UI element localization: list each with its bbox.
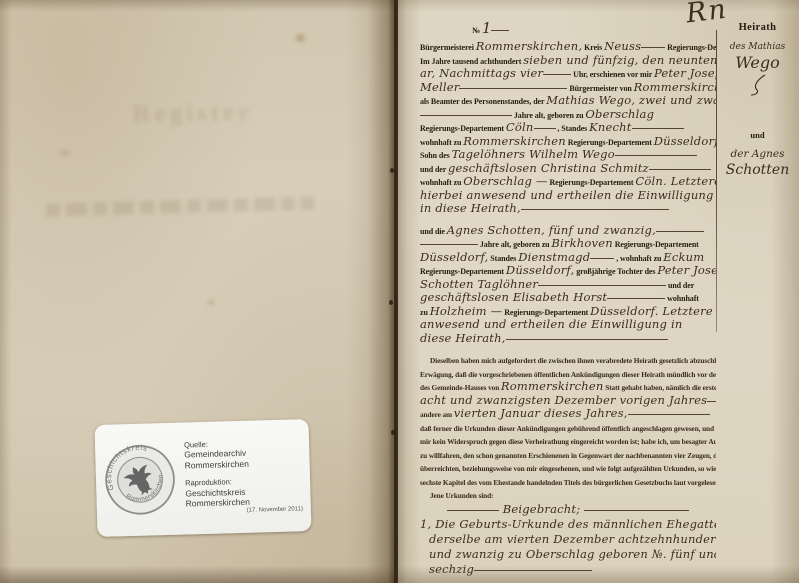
gutter-shadow: [368, 0, 420, 583]
flourish-icon: [743, 74, 773, 96]
paper-stain: [60, 150, 70, 156]
rule-line: [607, 296, 665, 299]
handwritten-text: in diese Heirath,: [420, 201, 521, 215]
printed-text: des Gemeinde-Hauses von: [420, 383, 501, 392]
handwritten-text: anwesend und ertheilen die Einwilligung …: [420, 317, 682, 331]
handwritten-text: Eckum: [663, 250, 704, 264]
rule-line: [538, 283, 666, 286]
book-scan: Register Geschichtskreis Rommerskirchen: [0, 0, 799, 583]
printed-text: Regierungs-Departement: [502, 308, 590, 317]
printed-text: Bürgermeister von: [567, 84, 633, 93]
handwritten-text: sechzig: [429, 562, 474, 576]
rule-line: [491, 28, 509, 31]
form-line: des Gemeinde-Hauses von Rommerskirchen S…: [420, 379, 716, 393]
printed-text: Regierungs-Departement: [420, 267, 506, 276]
printed-text: Regierungs-Departement Düsseldorf.: [665, 43, 716, 52]
handwritten-text: Düsseldorf,: [654, 134, 716, 148]
handwritten-text: Düsseldorf,: [506, 263, 574, 277]
margin-groom-line1: des Mathias: [719, 42, 796, 52]
form-line: Beigebracht;: [420, 501, 716, 516]
paper-stain: [208, 300, 214, 305]
printed-text: mir kein Widerspruch gegen diese Verheir…: [420, 437, 716, 446]
printed-text: Jene Urkunden sind:: [430, 491, 493, 500]
form-line: mir kein Widerspruch gegen diese Verheir…: [420, 433, 716, 447]
printed-text: Uhr, erschienen vor mir: [571, 70, 654, 79]
rule-line: [656, 229, 704, 232]
margin-connector: und: [719, 130, 796, 140]
printed-text: wohnhaft zu: [420, 178, 463, 187]
printed-text: und die: [420, 227, 447, 236]
printed-text: wohnhaft zu: [420, 138, 463, 147]
form-line: derselbe am vierten Dezember achtzehnhun…: [420, 531, 716, 546]
handwritten-text: Rommerskirchen: [463, 134, 566, 148]
archive-stamp-icon: Geschichtskreis Rommerskirchen: [91, 431, 189, 529]
form-line: wohnhaft zu Rommerskirchen Regierungs-De…: [420, 134, 716, 148]
printed-text: zu willfahren, den schon genannten Ersch…: [420, 451, 716, 460]
form-line: Regierungs-Departement Cöln , Standes Kn…: [420, 120, 716, 134]
printed-text: als Beamter des Personenstandes, der: [420, 97, 546, 106]
printed-text: Standes: [488, 254, 518, 263]
handwritten-text: Cöln. Letztere sind: [635, 174, 716, 188]
margin-heading: Heirath: [719, 22, 796, 33]
form-line: Bürgermeisterei Rommerskirchen, Kreis Ne…: [420, 39, 716, 53]
rule-line: [459, 86, 567, 89]
rule-line: [632, 126, 684, 129]
handwritten-text: ar, Nachmittags vier: [420, 66, 543, 80]
form-line: Im Jahre tausend achthundert sieben und …: [420, 53, 716, 67]
rule-line: [534, 126, 556, 129]
form-line: andere am vierten Januar dieses Jahres,: [420, 406, 716, 420]
form-line: Schotten Taglöhner und der: [420, 277, 716, 291]
printed-text: Sohn des: [420, 151, 452, 160]
rule-line: [447, 508, 499, 511]
handwritten-text: Peter Joseph: [654, 66, 716, 80]
form-line: anwesend und ertheilen die Einwilligung …: [420, 317, 716, 331]
handwritten-text: Neuss: [604, 39, 641, 53]
handwritten-text: Dienstmagd: [518, 250, 590, 264]
handwritten-text: geschäftslosen Elisabeth Horst: [420, 290, 607, 304]
form-line: hierbei anwesend und ertheilen die Einwi…: [420, 188, 716, 202]
printed-text: Regierungs-Departement: [548, 178, 636, 187]
form-line: Regierungs-Departement Düsseldorf, großj…: [420, 263, 716, 277]
handwritten-text: Mathias Wego, zwei und zwanzig,: [546, 93, 716, 107]
form-line: Dieselben haben mich aufgefordert die zw…: [420, 352, 716, 366]
printed-text: Regierungs-Departement: [420, 124, 506, 133]
binding-hole: [389, 300, 393, 305]
printed-text: Jahre alt, geboren zu: [478, 240, 551, 249]
handwritten-text: Peter Joseph,: [657, 263, 716, 277]
handwritten-text: Rommerskirchen: [501, 379, 604, 393]
handwritten-text: vierten Januar dieses Jahres,: [454, 406, 628, 420]
form-line: sechzig: [420, 561, 716, 576]
rule-line: [474, 568, 592, 571]
form-line: geschäftslosen Elisabeth Horst wohnhaft: [420, 290, 716, 304]
form-line: und die Agnes Schotten, fünf und zwanzig…: [420, 223, 716, 237]
handwritten-text: Rommerskirchen,: [476, 39, 582, 53]
handwritten-text: sieben und fünfzig, den neunten Janu-: [523, 53, 716, 67]
printed-text: Bürgermeisterei: [420, 43, 476, 52]
margin-column: Heirath des Mathias Wego und der Agnes S…: [719, 22, 796, 178]
rule-line: [543, 72, 571, 75]
handwritten-text: 1, Die Geburts-Urkunde des männlichen Eh…: [420, 517, 716, 531]
handwritten-text: acht und zwanzigsten Dezember vorigen Ja…: [420, 393, 707, 407]
form-line: Jene Urkunden sind:: [420, 487, 716, 501]
handwritten-text: Schotten Taglöhner: [420, 277, 538, 291]
rule-line: [521, 207, 669, 210]
printed-text: , wohnhaft zu: [614, 254, 663, 263]
handwritten-text: Düsseldorf,: [420, 250, 488, 264]
handwritten-text: Holzheim —: [430, 304, 503, 318]
handwritten-text: Oberschlag: [585, 107, 654, 121]
form-line: sechste Kapitel des vom Ehestande handel…: [420, 474, 716, 488]
margin-groom-name: Wego: [719, 53, 796, 72]
rule-line: [641, 45, 665, 48]
form-line: in diese Heirath,: [420, 201, 716, 215]
printed-text: Kreis: [582, 43, 604, 52]
form-line: wohnhaft zu Oberschlag — Regierungs-Depa…: [420, 174, 716, 188]
handwritten-text: derselbe am vierten Dezember achtzehnhun…: [429, 532, 716, 546]
printed-text: Regierungs-Departement: [566, 138, 654, 147]
printed-text: zu: [420, 308, 430, 317]
form-line: zu Holzheim — Regierungs-Departement Düs…: [420, 304, 716, 318]
archive-label: Geschichtskreis Rommerskirchen Quelle: G…: [94, 419, 311, 537]
printed-text: Erwägung, daß die vorgeschriebenen öffen…: [420, 370, 716, 379]
printed-text: und der: [666, 281, 694, 290]
rule-line: [707, 399, 716, 402]
printed-text: daß ferner die Urkunden dieser Ankündigu…: [420, 424, 716, 433]
rule-line: [649, 167, 711, 170]
printed-text: großjährige Tochter des: [574, 267, 657, 276]
form-line: 1, Die Geburts-Urkunde des männlichen Eh…: [420, 516, 716, 531]
margin-divider-rule: [716, 30, 717, 332]
printed-text: , Standes: [556, 124, 590, 133]
rule-line: [506, 337, 668, 340]
label-quelle-value: Gemeindearchiv Rommerskirchen: [184, 446, 302, 471]
printed-text: sechste Kapitel des vom Ehestande handel…: [420, 478, 716, 487]
form-line: acht und zwanzigsten Dezember vorigen Ja…: [420, 393, 716, 407]
handwritten-text: Tagelöhners Wilhelm Wego: [452, 147, 615, 161]
handwritten-text: und zwanzig zu Oberschlag geboren №. fün…: [429, 547, 716, 561]
handwritten-text: hierbei anwesend und ertheilen die Einwi…: [420, 188, 714, 202]
form-line: Erwägung, daß die vorgeschriebenen öffen…: [420, 366, 716, 380]
form-line: zu willfahren, den schon genannten Ersch…: [420, 447, 716, 461]
binding-hole: [390, 168, 394, 173]
handwritten-text: Birkhoven: [551, 236, 612, 250]
form-line: als Beamter des Personenstandes, der Mat…: [420, 93, 716, 107]
printed-text: Dieselben haben mich aufgefordert die zw…: [430, 356, 716, 365]
form-line: Meller Bürgermeister von Rommerskirchen: [420, 80, 716, 94]
form-line: ar, Nachmittags vier Uhr, erschienen vor…: [420, 66, 716, 80]
left-page: Register Geschichtskreis Rommerskirchen: [0, 0, 394, 583]
handwritten-text: Meller: [420, 80, 459, 94]
form-line: diese Heirath,: [420, 331, 716, 345]
rule-line: [584, 508, 689, 511]
form-lines: № 1Bürgermeisterei Rommerskirchen, Kreis…: [420, 20, 716, 576]
handwritten-text: Rommerskirchen: [634, 80, 716, 94]
rule-line: [420, 242, 478, 245]
printed-text: Jahre alt, geboren zu: [512, 111, 585, 120]
form-line: Jahre alt, geboren zu Oberschlag: [420, 107, 716, 121]
printed-text: andere am: [420, 410, 454, 419]
bleedthrough-smudge: [46, 196, 314, 216]
form-line: Sohn des Tagelöhners Wilhelm Wego: [420, 147, 716, 161]
paper-stain: [296, 34, 305, 42]
printed-text: wohnhaft: [665, 294, 699, 303]
margin-bride-name: Schotten: [719, 162, 796, 178]
margin-bride-line1: der Agnes: [719, 148, 796, 160]
handwritten-text: Agnes Schotten, fünf und zwanzig,: [447, 223, 656, 237]
handwritten-text: Beigebracht;: [499, 502, 584, 516]
printed-text: №: [472, 26, 482, 35]
form-line: und zwanzig zu Oberschlag geboren №. fün…: [420, 546, 716, 561]
bleedthrough-text: Register: [78, 98, 308, 130]
printed-text: Statt gehabt haben, nämlich die erste am: [604, 383, 716, 392]
form-line: Jahre alt, geboren zu Birkhoven Regierun…: [420, 236, 716, 250]
rule-line: [420, 113, 512, 116]
printed-text: überreichten, beziehungsweise von mir ei…: [420, 464, 716, 473]
form-line: und der geschäftslosen Christina Schmitz: [420, 161, 716, 175]
form-line: Düsseldorf, Standes Dienstmagd , wohnhaf…: [420, 250, 716, 264]
right-page: Rn Heirath des Mathias Wego und der Agne…: [398, 0, 799, 583]
handwritten-text: diese Heirath,: [420, 331, 506, 345]
form-line: № 1: [420, 20, 716, 37]
rule-line: [615, 153, 697, 156]
printed-text: Regierungs-Departement: [613, 240, 699, 249]
form-line: daß ferner die Urkunden dieser Ankündigu…: [420, 420, 716, 434]
handwritten-text: Oberschlag —: [463, 174, 547, 188]
handwritten-text: Cöln: [506, 120, 534, 134]
printed-text: Im Jahre tausend achthundert: [420, 57, 523, 66]
rule-line: [590, 256, 614, 259]
form-line: überreichten, beziehungsweise von mir ei…: [420, 460, 716, 474]
rule-line: [628, 412, 710, 415]
handwritten-text: geschäftslosen Christina Schmitz: [448, 161, 649, 175]
binding-hole: [391, 430, 395, 435]
handwritten-text: Düsseldorf. Letztere sind: [590, 304, 716, 318]
printed-text: und der: [420, 165, 448, 174]
handwritten-text: 1: [482, 20, 492, 37]
handwritten-text: Knecht: [589, 120, 631, 134]
